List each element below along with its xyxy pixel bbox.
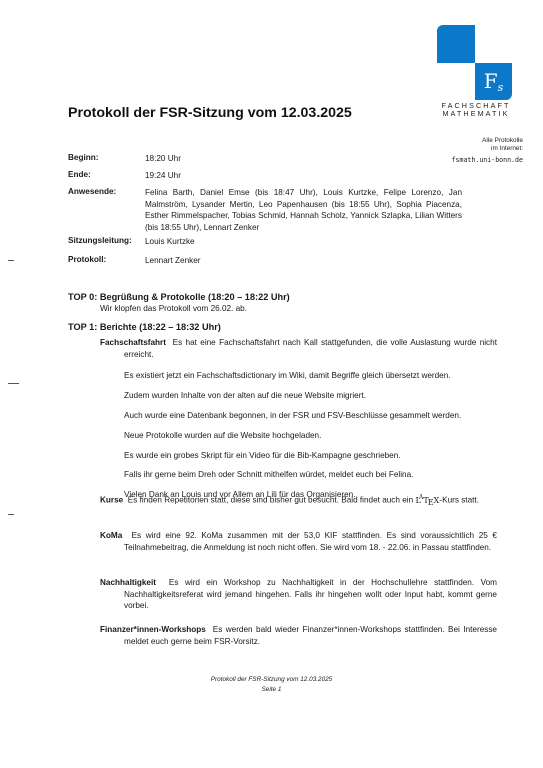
meta-chair-value: Louis Kurtzke [145, 236, 462, 248]
meta-minutes-value: Lennart Zenker [145, 255, 462, 267]
report-paragraph: Neue Protokolle wurden auf die Website h… [124, 430, 473, 442]
fold-mark [8, 260, 14, 261]
logo-monogram-sub: s [498, 81, 504, 94]
report-label: Kurse [100, 496, 123, 505]
logo-monogram: Fs [475, 63, 512, 100]
report-paragraph: Zudem wurden Inhalte von der alten auf d… [124, 390, 473, 402]
report-text-after: -Kurs statt. [439, 496, 479, 505]
report-label: Nachhaltigkeit [100, 578, 156, 587]
meta-begin-label: Beginn: [68, 153, 98, 162]
meta-end-label: Ende: [68, 170, 91, 179]
logo-monogram-letter: F [484, 69, 498, 93]
report-text-before: Es finden Repetitorien statt, diese sind… [128, 496, 416, 505]
meta-present-value: Felina Barth, Daniel Emse (bis 18:47 Uhr… [145, 187, 462, 233]
punch-mark [8, 383, 19, 384]
footer-title: Protokoll der FSR-Sitzung vom 12.03.2025 [0, 675, 543, 685]
report-label: KoMa [100, 531, 122, 540]
report-text: Es wird eine 92. KoMa zusammen mit der 5… [124, 531, 497, 552]
report-text: Es hat eine Fachschaftsfahrt nach Kall s… [124, 338, 497, 359]
fold-mark [8, 514, 14, 515]
report-fachschaftsfahrt: Fachschaftsfahrt Es hat eine Fachschafts… [100, 337, 497, 360]
logo-square-upper [437, 25, 475, 63]
report-nachhaltigkeit: Nachhaltigkeit Es wird ein Workshop zu N… [100, 577, 497, 612]
footer-page: Seite 1 [0, 685, 543, 695]
logo-line2: MATHEMATIK [433, 110, 519, 118]
page-title: Protokoll der FSR-Sitzung vom 12.03.2025 [68, 105, 352, 121]
report-finanzer: Finanzer*innen-Workshops Es werden bald … [100, 624, 497, 647]
report-text: Es wird ein Workshop zu Nachhaltigkeit i… [124, 578, 497, 610]
meta-minutes-label: Protokoll: [68, 255, 106, 264]
meta-present-label: Anwesende: [68, 187, 116, 196]
top0-heading: TOP 0: Begrüßung & Protokolle (18:20 – 1… [68, 292, 290, 302]
report-koma: KoMa Es wird eine 92. KoMa zusammen mit … [100, 530, 497, 553]
top0-text: Wir klopfen das Protokoll vom 26.02. ab. [100, 304, 247, 313]
report-label: Finanzer*innen-Workshops [100, 625, 206, 634]
report-kurse-body: Kurse Es finden Repetitorien statt, dies… [100, 492, 497, 509]
report-paragraph: Es existiert jetzt ein Fachschaftsdictio… [124, 370, 473, 382]
report-paragraph: Es wurde ein grobes Skript für ein Video… [124, 450, 473, 462]
side-note-line2: im Internet: [403, 144, 523, 153]
latex-logo: LATEX [415, 495, 439, 505]
report-paragraph: Falls ihr gerne beim Dreh oder Schnitt m… [124, 469, 473, 481]
top1-heading: TOP 1: Berichte (18:22 – 18:32 Uhr) [68, 322, 221, 332]
meta-begin-value: 18:20 Uhr [145, 153, 462, 165]
report-paragraph: Auch wurde eine Datenbank begonnen, in d… [124, 410, 473, 422]
report-label: Fachschaftsfahrt [100, 338, 166, 347]
meta-end-value: 19:24 Uhr [145, 170, 462, 182]
meta-chair-label: Sitzungsleitung: [68, 236, 132, 245]
side-note-url[interactable]: fsmath.uni-bonn.de [452, 156, 523, 164]
